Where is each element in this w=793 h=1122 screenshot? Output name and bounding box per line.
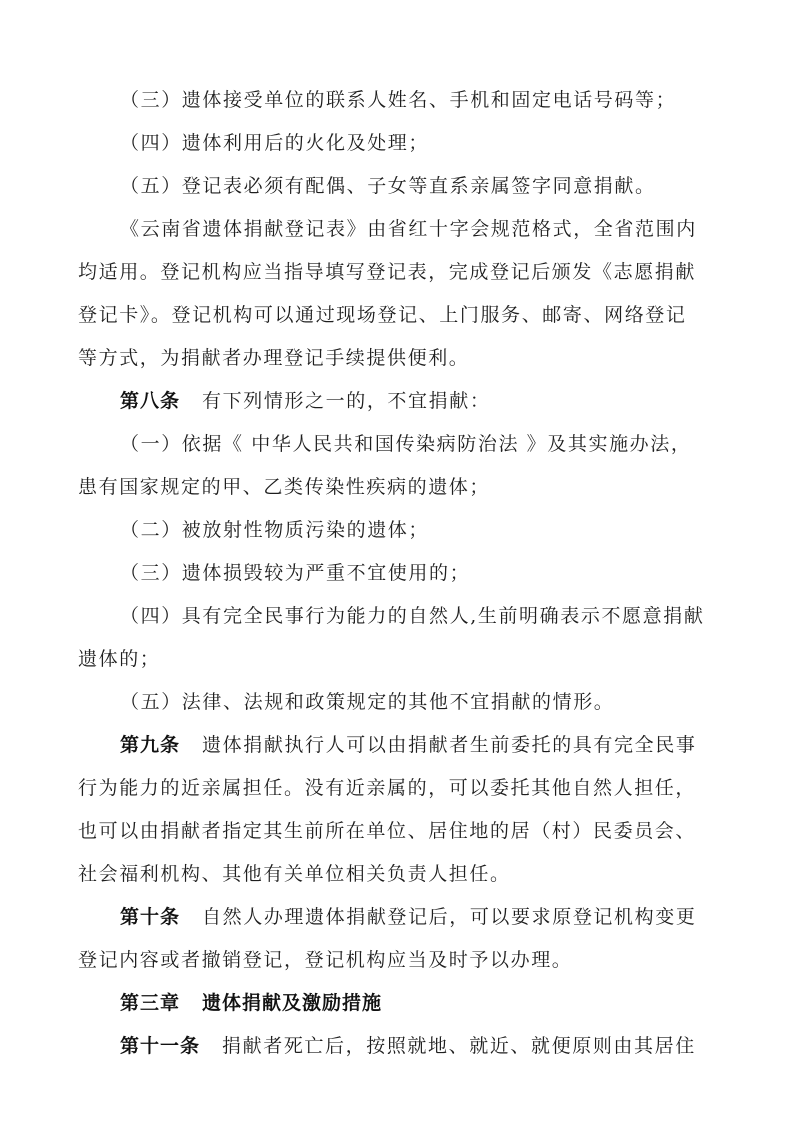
article-8-item-4-line-1: （四）具有完全民事行为能力的自然人,生前明确表示不愿意捐献	[120, 604, 704, 628]
article-9-heading: 第九条	[120, 734, 180, 756]
article-8-heading: 第八条	[120, 390, 180, 412]
paragraph-registration-form-line-2: 均适用。登记机构应当指导填写登记表，完成登记后颁发《志愿捐献	[78, 260, 696, 284]
article-8: 第八条有下列情形之一的，不宜捐献：	[120, 389, 490, 413]
paragraph-registration-form-line-4: 等方式，为捐献者办理登记手续提供便利。	[78, 346, 469, 370]
article-8-item-1-line-2: 患有国家规定的甲、乙类传染性疾病的遗体；	[78, 475, 490, 499]
article-8-text: 有下列情形之一的，不宜捐献：	[202, 390, 490, 412]
article-10-text: 自然人办理遗体捐献登记后，可以要求原登记机构变更	[202, 906, 696, 928]
article-9-line-4: 社会福利机构、其他有关单位相关负责人担任。	[78, 862, 511, 886]
article-11-text: 捐献者死亡后，按照就地、就近、就便原则由其居住	[222, 1035, 696, 1057]
article-11-line-1: 第十一条捐献者死亡后，按照就地、就近、就便原则由其居住	[120, 1034, 696, 1058]
article-10-line-2: 登记内容或者撤销登记，登记机构应当及时予以办理。	[78, 948, 572, 972]
article-8-item-1-line-1: （一）依据《 中华人民共和国传染病防治法 》及其实施办法，	[120, 432, 691, 456]
article-8-item-2: （二）被放射性物质污染的遗体；	[120, 518, 429, 542]
article-9-line-2: 行为能力的近亲属担任。没有近亲属的，可以委托其他自然人担任，	[78, 776, 696, 800]
document-page: （三）遗体接受单位的联系人姓名、手机和固定电话号码等； （四）遗体利用后的火化及…	[0, 0, 793, 1122]
article-9-line-1: 第九条遗体捐献执行人可以由捐献者生前委托的具有完全民事	[120, 733, 696, 757]
item-5-family-consent: （五）登记表必须有配偶、子女等直系亲属签字同意捐献。	[120, 174, 656, 198]
article-10-line-1: 第十条自然人办理遗体捐献登记后，可以要求原登记机构变更	[120, 905, 696, 929]
chapter-3-title: 遗体捐献及激励措施	[202, 992, 382, 1014]
chapter-3-heading: 第三章遗体捐献及激励措施	[120, 991, 382, 1015]
item-3-contact-info: （三）遗体接受单位的联系人姓名、手机和固定电话号码等；	[120, 88, 676, 112]
article-9-text: 遗体捐献执行人可以由捐献者生前委托的具有完全民事	[202, 734, 696, 756]
item-4-cremation: （四）遗体利用后的火化及处理；	[120, 131, 429, 155]
paragraph-registration-form-line-3: 登记卡》。登记机构可以通过现场登记、上门服务、邮寄、网络登记	[78, 303, 687, 327]
article-11-heading: 第十一条	[120, 1035, 200, 1057]
article-9-line-3: 也可以由捐献者指定其生前所在单位、居住地的居（村）民委员会、	[78, 819, 696, 843]
article-8-item-5: （五）法律、法规和政策规定的其他不宜捐献的情形。	[120, 690, 614, 714]
article-8-item-3: （三）遗体损毁较为严重不宜使用的；	[120, 561, 470, 585]
paragraph-registration-form-line-1: 《云南省遗体捐献登记表》由省红十字会规范格式，全省范围内	[120, 217, 697, 241]
article-8-item-4-line-2: 遗体的；	[78, 647, 160, 671]
article-10-heading: 第十条	[120, 906, 180, 928]
chapter-3-number: 第三章	[120, 992, 180, 1014]
